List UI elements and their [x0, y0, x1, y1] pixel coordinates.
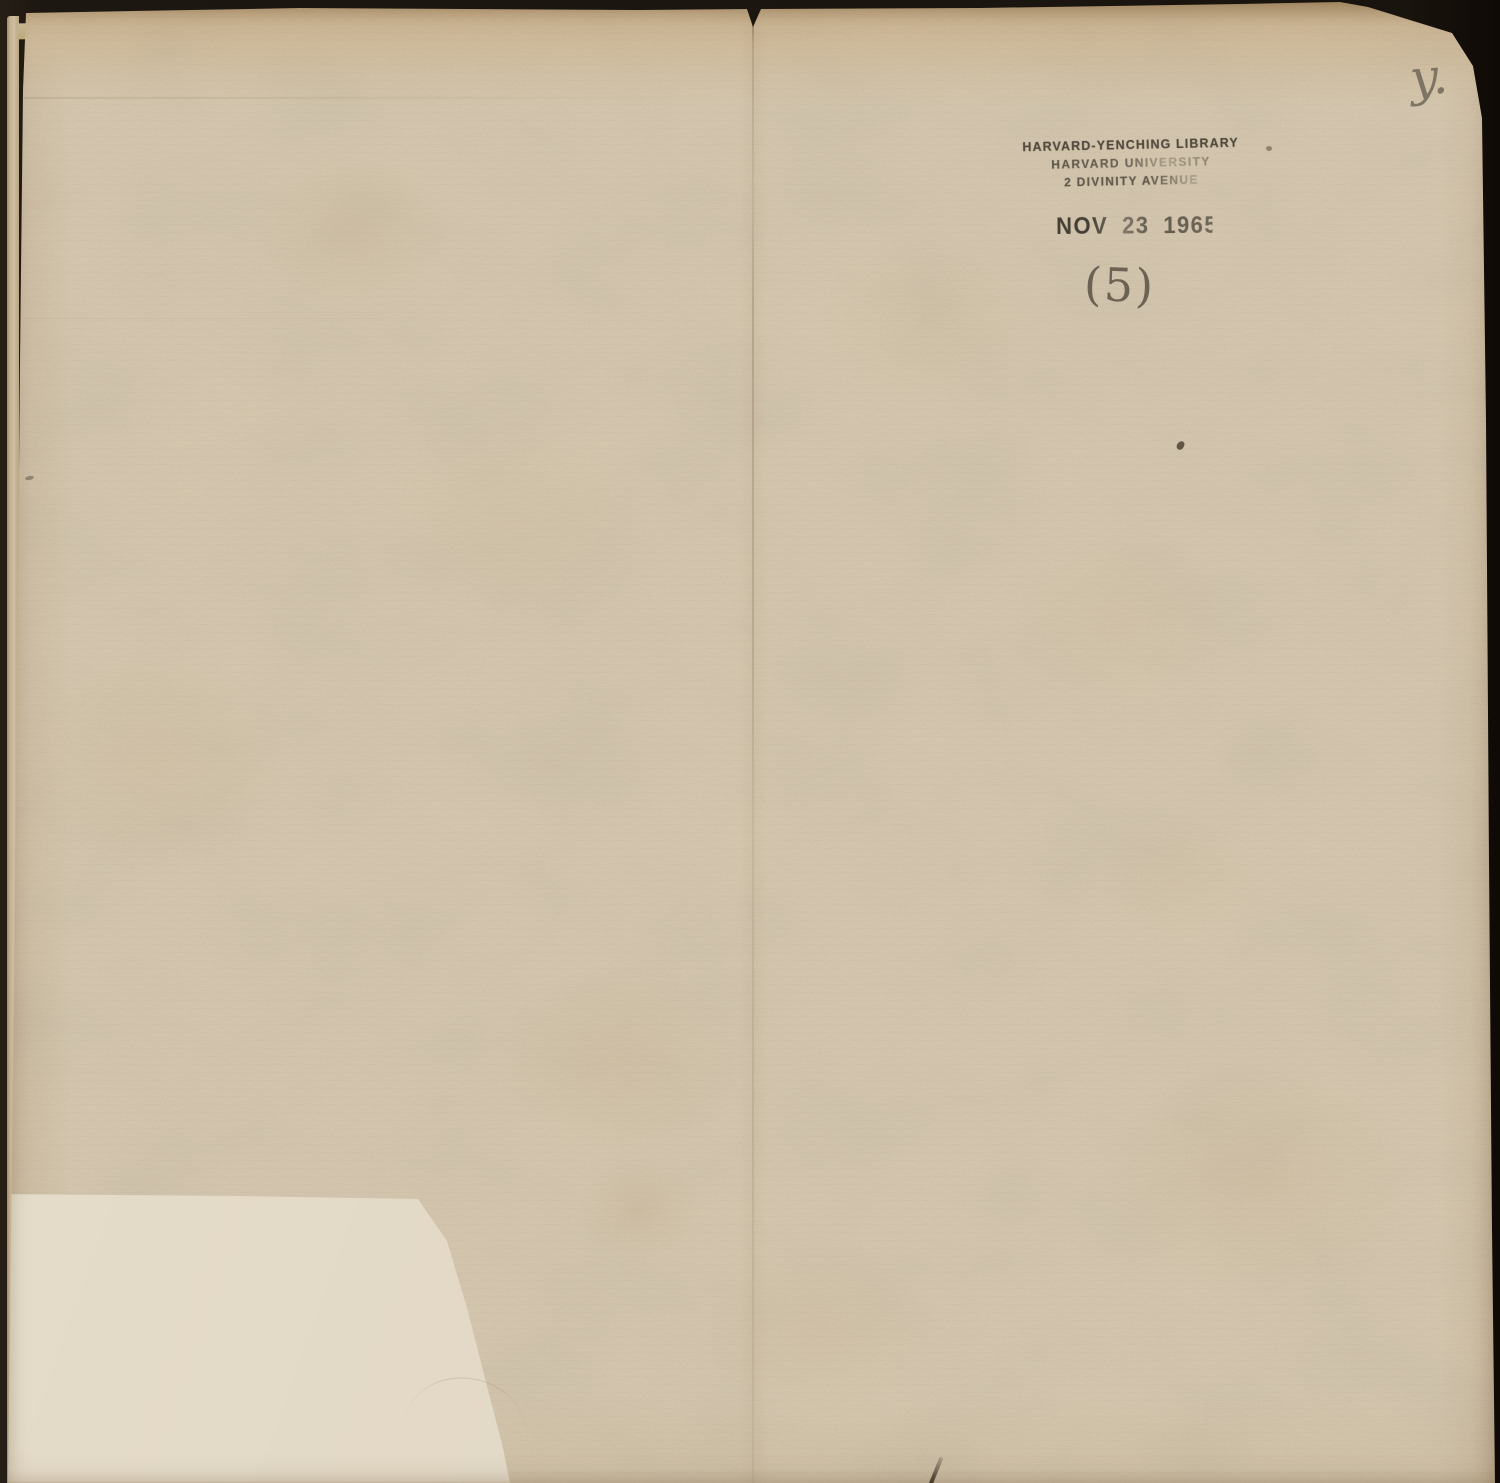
- repair-patch: [0, 0, 1500, 1483]
- date-stamp: NOV 23 1965: [1056, 212, 1213, 241]
- ink-speck: [1175, 440, 1185, 451]
- center-fold-crease: [752, 0, 754, 1483]
- paper-grain-texture: [0, 0, 1500, 1483]
- paper-stain-texture: [0, 0, 1500, 1483]
- ink-speck: [1266, 146, 1272, 151]
- horizontal-crease-top: [24, 97, 734, 99]
- grain-fine-noise: [0, 0, 1500, 1483]
- scanned-book-page: HARVARD-YENCHING LIBRARY HARVARD UNIVERS…: [0, 0, 1500, 1483]
- library-stamp: HARVARD-YENCHING LIBRARY HARVARD UNIVERS…: [1017, 134, 1244, 193]
- library-stamp-line2: HARVARD UNIVERSITY: [1018, 152, 1244, 175]
- horizontal-crease-mid: [24, 318, 544, 319]
- library-stamp-line1: HARVARD-YENCHING LIBRARY: [1017, 134, 1243, 157]
- library-stamp-line3: 2 DIVINITY AVENUE: [1018, 170, 1244, 193]
- book-page-sheet: HARVARD-YENCHING LIBRARY HARVARD UNIVERS…: [0, 0, 1500, 1483]
- ink-mark-bottom-edge: [929, 1456, 944, 1483]
- repair-patch-crease: [405, 1370, 531, 1441]
- handwritten-volume-number: (5): [1083, 257, 1156, 313]
- pencil-speck: [25, 475, 35, 481]
- grain-blotch-noise: [0, 0, 1500, 1483]
- handwritten-corner-mark: y.: [1408, 46, 1450, 107]
